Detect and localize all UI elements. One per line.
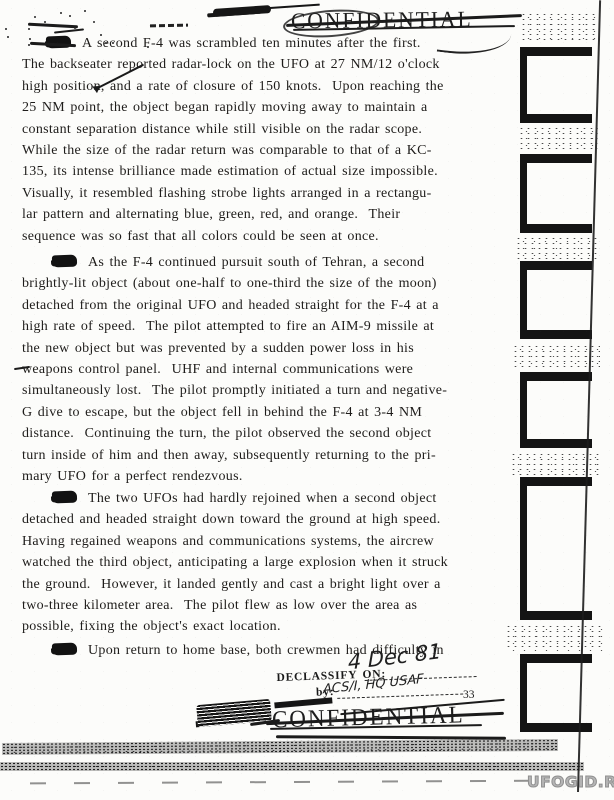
text-line: 25 NM point, the object began rapidly mo… (22, 97, 492, 118)
text-line: constant separation distance while still… (22, 119, 492, 140)
redaction-mark (52, 255, 77, 268)
film-noise (520, 12, 598, 42)
text-line: watched the third object, anticipating a… (22, 552, 492, 573)
text-line: detached and headed straight down toward… (22, 509, 492, 530)
paragraph: A second F-4 was scrambled ten minutes a… (22, 33, 492, 247)
text-line: distance. Continuing the turn, the pilot… (22, 423, 492, 444)
text-line: sequence was so fast that all colors cou… (22, 226, 492, 247)
text-line: simultaneously lost. The pilot promptly … (22, 380, 492, 401)
watermark-text: UFOGID.RU (527, 773, 614, 791)
film-frame (520, 372, 592, 448)
text-line-content: As the F-4 continued pursuit south of Te… (88, 255, 424, 270)
text-line: 135, its intense brilliance made estimat… (22, 161, 492, 182)
redaction-mark (52, 491, 77, 504)
text-line: weapons control panel. UHF and internal … (22, 359, 492, 380)
text-line: lar pattern and alternating blue, green,… (22, 204, 492, 225)
film-frame (520, 477, 592, 620)
text-line: While the size of the radar return was c… (22, 140, 492, 161)
text-line: the new object but was prevented by a su… (22, 338, 492, 359)
text-line-content: A second F-4 was scrambled ten minutes a… (82, 36, 421, 51)
text-line: G dive to escape, but the object fell in… (22, 402, 492, 423)
scan-noise-dashes (30, 780, 550, 785)
document-page: CONFIDENTIAL A second F-4 was scrambled … (0, 0, 614, 800)
film-frame (520, 261, 592, 339)
declassify-by-line (337, 694, 463, 699)
text-line: As the F-4 continued pursuit south of Te… (22, 252, 492, 273)
film-noise (512, 344, 600, 369)
ink-specks (60, 12, 62, 14)
text-line: two-three kilometer area. The pilot flew… (22, 595, 492, 616)
text-line: high rate of speed. The pilot attempted … (22, 316, 492, 337)
film-noise (515, 236, 600, 259)
ink-specks (5, 28, 7, 30)
text-line: A second F-4 was scrambled ten minutes a… (22, 33, 492, 54)
redaction-mark (52, 643, 77, 656)
text-line: the ground. However, it landed gently an… (22, 574, 492, 595)
text-line: Visually, it resembled flashing strobe l… (22, 183, 492, 204)
scan-noise-band (2, 739, 558, 755)
text-line: Having regained weapons and communicatio… (22, 531, 492, 552)
pen-scribble (28, 23, 78, 28)
film-frame (520, 47, 592, 123)
film-noise (518, 126, 598, 151)
text-line: possible, fixing the object's exact loca… (22, 616, 492, 637)
text-line: The two UFOs had hardly rejoined when a … (22, 488, 492, 509)
text-line: The backseater reported radar-lock on th… (22, 54, 492, 75)
page-number: 33 (463, 689, 475, 701)
ink-smudge (213, 5, 271, 17)
film-noise (505, 624, 603, 651)
pen-dash-line (150, 24, 188, 27)
text-line: mary UFO for a perfect rendezvous. (22, 466, 492, 487)
text-line-content: The two UFOs had hardly rejoined when a … (88, 491, 437, 506)
film-noise (510, 452, 602, 475)
scan-noise-band (0, 762, 584, 771)
paragraph: As the F-4 continued pursuit south of Te… (22, 252, 492, 487)
paragraph: The two UFOs had hardly rejoined when a … (22, 488, 492, 638)
text-line: turn inside of him and then away, subseq… (22, 445, 492, 466)
text-line: detached from the original UFO and heade… (22, 295, 492, 316)
text-line: brightly-lit object (about one-half to o… (22, 273, 492, 294)
film-frame (520, 154, 592, 233)
